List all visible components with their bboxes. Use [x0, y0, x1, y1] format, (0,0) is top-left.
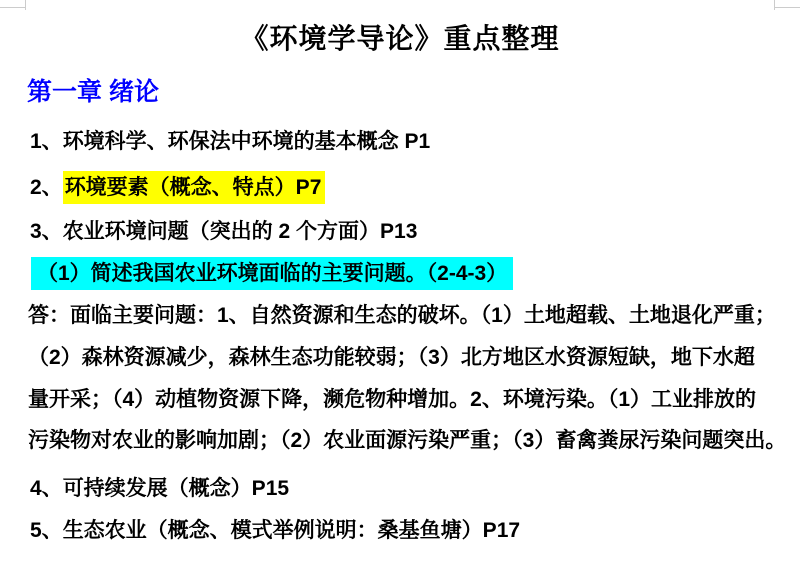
outline-item-2-highlighted-text: 环境要素（概念、特点）P7: [63, 171, 326, 204]
page-margin-mark-top-left-horizontal: [0, 7, 26, 8]
outline-item-1: 1、环境科学、环保法中环境的基本概念 P1: [30, 131, 430, 152]
question-line: （1）简述我国农业环境面临的主要问题。（2-4-3）: [31, 263, 513, 284]
outline-item-2: 2、环境要素（概念、特点）P7: [30, 177, 325, 198]
page-margin-mark-top-left-vertical: [25, 0, 26, 10]
outline-item-3: 3、农业环境问题（突出的 2 个方面）P13: [30, 221, 417, 242]
document-title: 《环境学导论》重点整理: [0, 25, 800, 53]
outline-item-4: 4、可持续发展（概念）P15: [30, 478, 289, 499]
outline-item-1-text: 环境科学、环保法中环境的基本概念 P1: [63, 130, 431, 153]
outline-item-3-number: 3、: [30, 220, 63, 243]
question-highlighted-text: （1）简述我国农业环境面临的主要问题。（2-4-3）: [31, 257, 513, 290]
outline-item-1-number: 1、: [30, 130, 63, 153]
answer-line-4: 污染物对农业的影响加剧；（2）农业面源污染严重；（3）畜禽粪尿污染问题突出。: [28, 430, 786, 451]
answer-line-2: （2）森林资源减少，森林生态功能较弱；（3）北方地区水资源短缺，地下水超: [28, 347, 755, 368]
outline-item-5: 5、生态农业（概念、模式举例说明：桑基鱼塘）P17: [30, 520, 520, 541]
outline-item-5-text: 生态农业（概念、模式举例说明：桑基鱼塘）P17: [63, 519, 520, 542]
outline-item-4-number: 4、: [30, 477, 63, 500]
document-page: 《环境学导论》重点整理 第一章 绪论 1、环境科学、环保法中环境的基本概念 P1…: [0, 0, 800, 578]
outline-item-5-number: 5、: [30, 519, 63, 542]
answer-line-3: 量开采；（4）动植物资源下降，濒危物种增加。2、环境污染。（1）工业排放的: [28, 389, 756, 410]
chapter-heading: 第一章 绪论: [27, 80, 159, 105]
outline-item-2-number: 2、: [30, 176, 63, 199]
page-margin-mark-top-right-horizontal: [774, 7, 800, 8]
outline-item-3-text: 农业环境问题（突出的 2 个方面）P13: [63, 220, 418, 243]
answer-line-1: 答：面临主要问题：1、自然资源和生态的破坏。（1）土地超载、土地退化严重；: [28, 305, 776, 326]
page-margin-mark-top-right-vertical: [774, 0, 775, 10]
outline-item-4-text: 可持续发展（概念）P15: [63, 477, 289, 500]
